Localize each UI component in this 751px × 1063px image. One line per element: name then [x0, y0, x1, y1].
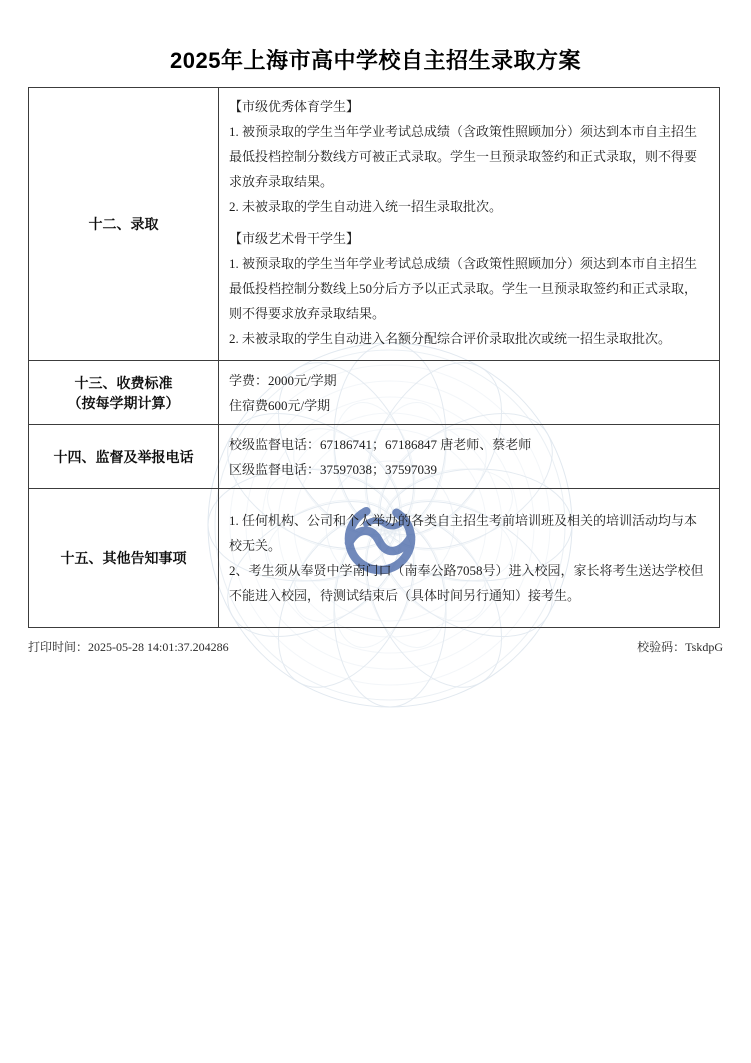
page-title: 2025年上海市高中学校自主招生录取方案 — [0, 44, 751, 75]
row-label-other-notices: 十五、其他告知事项 — [29, 489, 219, 628]
paragraph: 1. 被预录取的学生当年学业考试总成绩（含政策性照顾加分）须达到本市自主招生最低… — [229, 119, 707, 194]
paragraph: 2. 未被录取的学生自动进入名额分配综合评价录取批次或统一招生录取批次。 — [229, 326, 707, 351]
section-header-sports: 【市级优秀体育学生】 — [229, 94, 707, 119]
row-content-other-notices: 1. 任何机构、公司和个人举办的各类自主招生考前培训班及相关的培训活动均与本校无… — [219, 489, 720, 628]
table-row-admission: 十二、录取 【市级优秀体育学生】 1. 被预录取的学生当年学业考试总成绩（含政策… — [29, 88, 720, 361]
row-label-fees-line2: （按每学期计算） — [30, 393, 217, 413]
row-content-fees: 学费：2000元/学期 住宿费600元/学期 — [219, 361, 720, 425]
row-content-admission: 【市级优秀体育学生】 1. 被预录取的学生当年学业考试总成绩（含政策性照顾加分）… — [219, 88, 720, 361]
table-row-supervision-phones: 十四、监督及举报电话 校级监督电话：67186741；67186847 唐老师、… — [29, 425, 720, 489]
row-label-fees: 十三、收费标准 （按每学期计算） — [29, 361, 219, 425]
notice-item: 2、考生须从奉贤中学南门口（南奉公路7058号）进入校园，家长将考生送达学校但不… — [229, 558, 707, 608]
notice-item: 1. 任何机构、公司和个人举办的各类自主招生考前培训班及相关的培训活动均与本校无… — [229, 508, 707, 558]
section-header-arts: 【市级艺术骨干学生】 — [229, 226, 707, 251]
paragraph: 2. 未被录取的学生自动进入统一招生录取批次。 — [229, 194, 707, 219]
section-gap — [229, 219, 707, 226]
school-supervision-phone: 校级监督电话：67186741；67186847 唐老师、蔡老师 — [229, 432, 707, 457]
row-label-fees-line1: 十三、收费标准 — [30, 373, 217, 393]
row-content-supervision: 校级监督电话：67186741；67186847 唐老师、蔡老师 区级监督电话：… — [219, 425, 720, 489]
checksum-code: 校验码：TskdpG — [637, 638, 723, 655]
table-row-other-notices: 十五、其他告知事项 1. 任何机构、公司和个人举办的各类自主招生考前培训班及相关… — [29, 489, 720, 628]
paragraph: 1. 被预录取的学生当年学业考试总成绩（含政策性照顾加分）须达到本市自主招生最低… — [229, 251, 707, 326]
district-supervision-phone: 区级监督电话：37597038；37597039 — [229, 457, 707, 482]
table-row-fees: 十三、收费标准 （按每学期计算） 学费：2000元/学期 住宿费600元/学期 — [29, 361, 720, 425]
tuition-fee: 学费：2000元/学期 — [229, 368, 707, 393]
row-label-supervision: 十四、监督及举报电话 — [29, 425, 219, 489]
print-time: 打印时间：2025-05-28 14:01:37.204286 — [28, 638, 229, 655]
admission-plan-table: 十二、录取 【市级优秀体育学生】 1. 被预录取的学生当年学业考试总成绩（含政策… — [28, 87, 720, 628]
row-label-admission: 十二、录取 — [29, 88, 219, 361]
boarding-fee: 住宿费600元/学期 — [229, 393, 707, 418]
